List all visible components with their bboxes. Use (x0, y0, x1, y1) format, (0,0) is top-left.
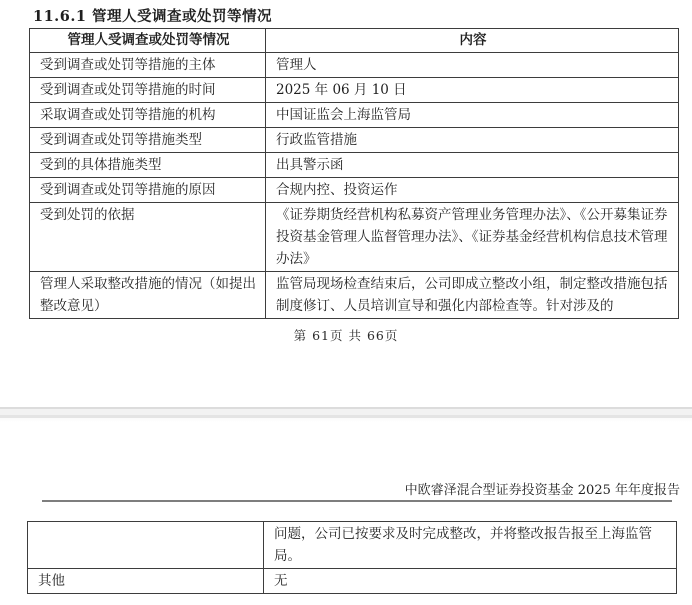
table-row: 其他 无 (28, 569, 677, 594)
row-content-cell: 合规内控、投资运作 (266, 178, 679, 203)
table-row: 受到的具体措施类型 出具警示函 (30, 153, 679, 178)
table-header-row: 管理人受调查或处罚等情况 内容 (30, 29, 679, 53)
row-content-cell: 行政监管措施 (266, 128, 679, 153)
punishment-table-page2: 问题，公司已按要求及时完成整改，并将整改报告报至上海监管局。 其他 无 (27, 521, 677, 594)
table-row: 采取调查或处罚等措施的机构 中国证监会上海监管局 (30, 103, 679, 128)
report-title-header: 中欧睿泽混合型证券投资基金 2025 年年度报告 (0, 479, 680, 498)
punishment-table-page1: 管理人受调查或处罚等情况 内容 受到调查或处罚等措施的主体 管理人 受到调查或处… (29, 28, 679, 319)
row-content-cell: 《证券期货经营机构私募资产管理业务管理办法》、《公开募集证券投资基金管理人监督管… (266, 203, 679, 272)
table-header-content: 内容 (266, 29, 679, 53)
table-row: 受到调查或处罚等措施类型 行政监管措施 (30, 128, 679, 153)
page-break-separator (0, 407, 692, 422)
row-content-cell: 无 (264, 569, 677, 594)
page-number-footer: 第 61页 共 66页 (0, 326, 692, 344)
row-label-cell: 受到调查或处罚等措施类型 (30, 128, 266, 153)
row-content-cell: 监管局现场检查结束后，公司即成立整改小组，制定整改措施包括制度修订、人员培训宣导… (266, 272, 679, 319)
row-label-cell: 采取调查或处罚等措施的机构 (30, 103, 266, 128)
row-content-cell: 出具警示函 (266, 153, 679, 178)
row-content-cell: 问题，公司已按要求及时完成整改，并将整改报告报至上海监管局。 (264, 522, 677, 569)
row-label-cell: 受到调查或处罚等措施的原因 (30, 178, 266, 203)
row-label-cell: 受到处罚的依据 (30, 203, 266, 272)
row-content-cell: 中国证监会上海监管局 (266, 103, 679, 128)
table-row: 受到调查或处罚等措施的原因 合规内控、投资运作 (30, 178, 679, 203)
table-row: 受到调查或处罚等措施的时间 2025 年 06 月 10 日 (30, 78, 679, 103)
section-heading: 11.6.1 管理人受调查或处罚等情况 (33, 5, 272, 26)
table-header-label: 管理人受调查或处罚等情况 (30, 29, 266, 53)
table-row: 受到调查或处罚等措施的主体 管理人 (30, 53, 679, 78)
row-content-cell: 2025 年 06 月 10 日 (266, 78, 679, 103)
row-content-cell: 管理人 (266, 53, 679, 78)
row-label-cell: 其他 (28, 569, 264, 594)
row-label-cell (28, 522, 264, 569)
table-row: 管理人采取整改措施的情况（如提出整改意见） 监管局现场检查结束后，公司即成立整改… (30, 272, 679, 319)
row-label-cell: 管理人采取整改措施的情况（如提出整改意见） (30, 272, 266, 319)
row-label-cell: 受到调查或处罚等措施的主体 (30, 53, 266, 78)
header-rule (42, 500, 672, 502)
row-label-cell: 受到调查或处罚等措施的时间 (30, 78, 266, 103)
table-row: 问题，公司已按要求及时完成整改，并将整改报告报至上海监管局。 (28, 522, 677, 569)
table-row: 受到处罚的依据 《证券期货经营机构私募资产管理业务管理办法》、《公开募集证券投资… (30, 203, 679, 272)
row-label-cell: 受到的具体措施类型 (30, 153, 266, 178)
